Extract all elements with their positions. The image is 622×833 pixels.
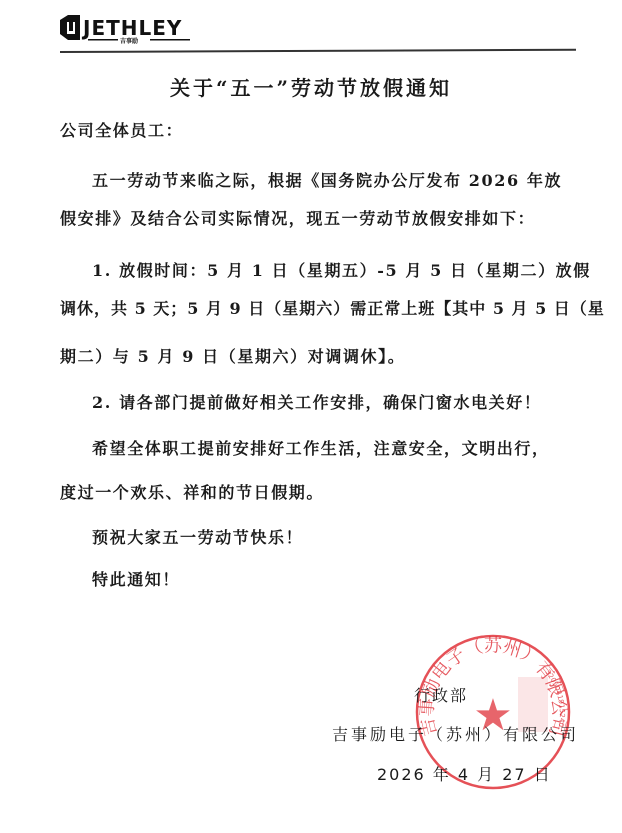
item1-line-3: 期二）与 5 月 9 日（星期六）对调调休】。 [60, 344, 405, 367]
notice-title: 关于“五一”劳动节放假通知 [0, 72, 622, 101]
salutation: 公司全体员工： [60, 118, 183, 141]
header-divider [60, 49, 576, 53]
intro-line-1: 五一劳动节来临之际，根据《国务院办公厅发布 2026 年放 [92, 168, 562, 191]
closing-line: 特此通知！ [92, 567, 180, 590]
company-logo: JETHLEY 吉事励 [58, 14, 198, 44]
greeting-line: 预祝大家五一劳动节快乐！ [92, 525, 303, 548]
wish-line-2: 度过一个欢乐、祥和的节日假期。 [60, 480, 324, 503]
item2-line: 2. 请各部门提前做好相关工作安排，确保门窗水电关好！ [92, 390, 541, 413]
signature-date: 2026 年 4 月 27 日 [377, 762, 552, 785]
svg-text:JETHLEY: JETHLEY [81, 16, 182, 40]
intro-line-2: 假安排》及结合公司实际情况，现五一劳动节放假安排如下： [60, 206, 535, 229]
svg-text:吉事励: 吉事励 [120, 37, 138, 44]
signature-company: 吉事励电子（苏州）有限公司 [332, 722, 579, 745]
item1-line-2: 调休，共 5 天；5 月 9 日（星期六）需正常上班【其中 5 月 5 日（星 [60, 296, 605, 319]
item1-line-1: 1. 放假时间：5 月 1 日（星期五）-5 月 5 日（星期二）放假 [92, 258, 591, 281]
wish-line-1: 希望全体职工提前安排好工作生活，注意安全，文明出行， [92, 436, 550, 459]
signature-department: 行政部 [414, 683, 468, 706]
